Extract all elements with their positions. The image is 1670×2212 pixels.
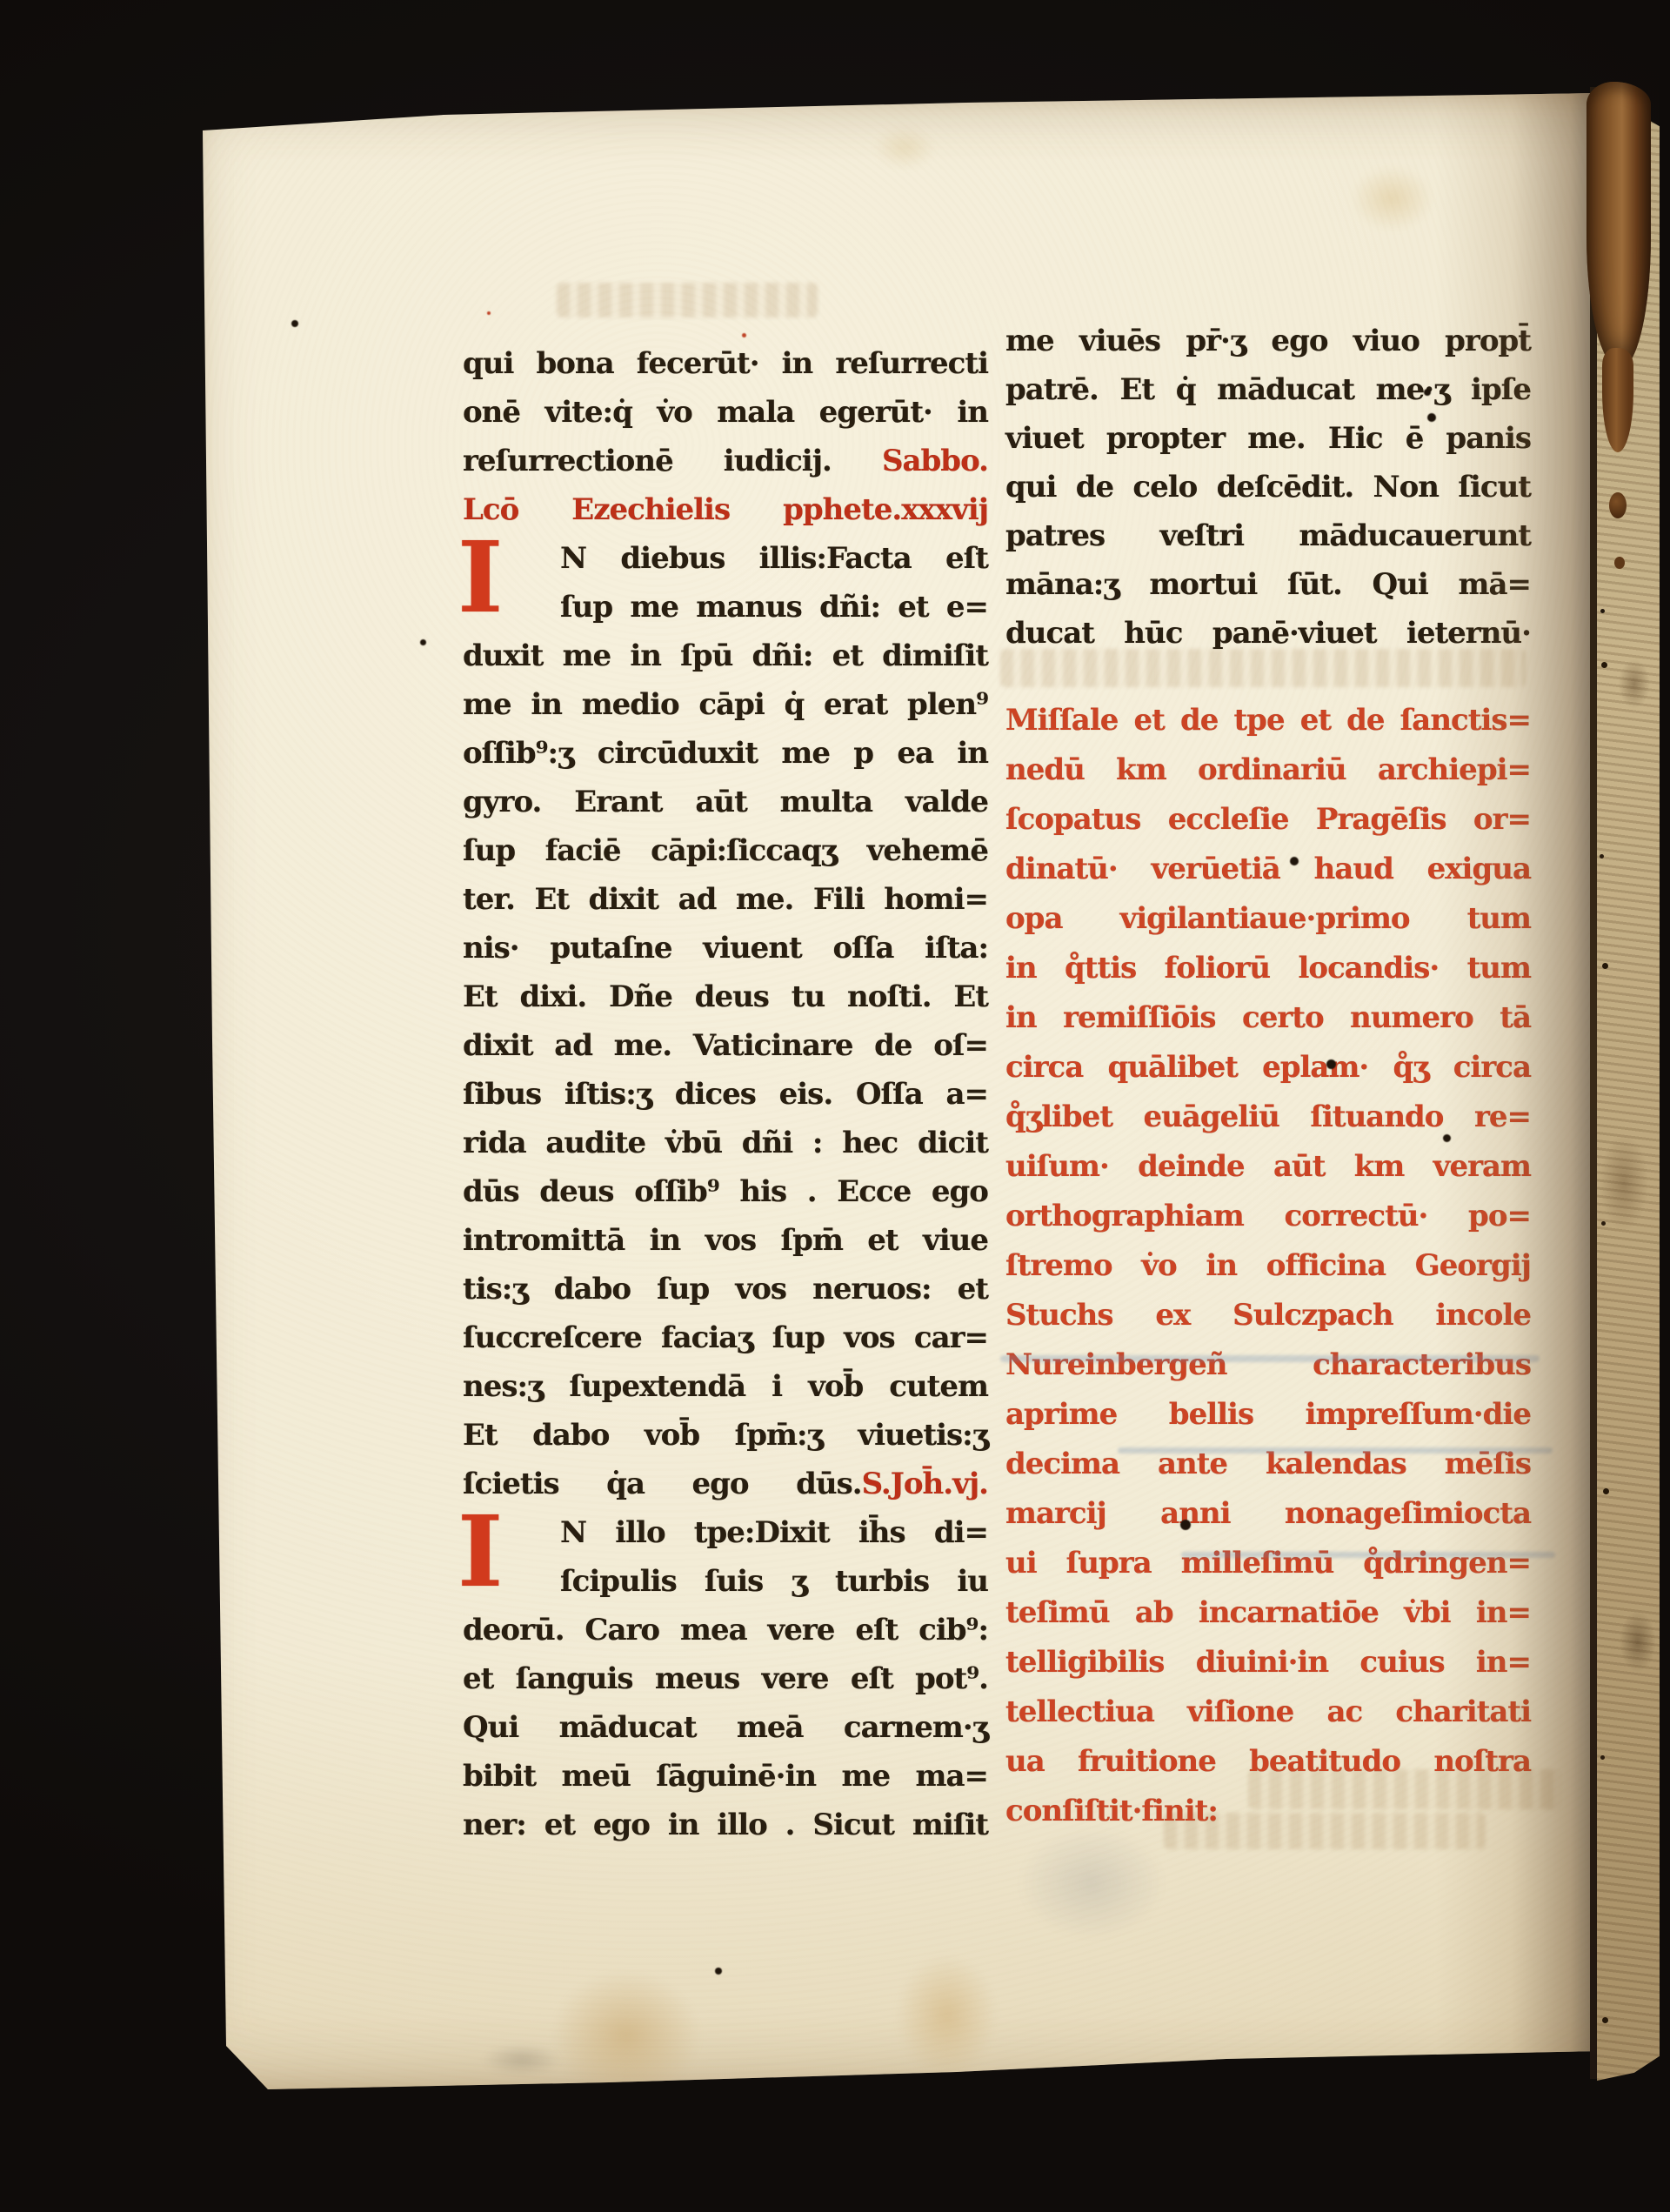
text-line: ſup me manus dñi: et e= bbox=[463, 583, 988, 632]
text-segment: N illo tpe:Dixit ih̄s di= bbox=[560, 1515, 988, 1550]
text-line: bibit meū ſāguinē·in me ma= bbox=[463, 1752, 988, 1801]
text-line: oſſib⁹:ʒ circūduxit me p ea in bbox=[463, 729, 988, 778]
text-segment: rida audite v̇bū dñi : hec dicit bbox=[463, 1126, 988, 1160]
text-line: IN diebus illis:Facta eſt bbox=[463, 534, 988, 583]
text-segment: oſſib⁹:ʒ circūduxit me p ea in bbox=[463, 736, 988, 771]
text-segment: me in medio cāpi q̇ erat plen⁹ bbox=[463, 687, 988, 722]
leather-tab-drip bbox=[1609, 492, 1627, 518]
text-segment: duxit me in ſpū dñi: et dimiſit bbox=[463, 638, 988, 673]
ink-speck bbox=[1290, 857, 1299, 865]
text-segment: ſcipulis ſuis ʒ turbis iu bbox=[560, 1564, 988, 1599]
photograph-background: qui bona fecerūt· in reſurrectionē vite:… bbox=[0, 0, 1670, 2212]
manuscript-page: qui bona fecerūt· in reſurrectionē vite:… bbox=[183, 84, 1665, 2095]
text-segment: N diebus illis:Facta eſt bbox=[560, 541, 988, 576]
text-segment: Sabbo. bbox=[882, 444, 988, 478]
text-segment: ſuccreſcere faciaʒ ſup vos car= bbox=[463, 1320, 988, 1355]
text-segment: deorū. Caro mea vere eſt cib⁹: bbox=[463, 1613, 988, 1647]
text-line: dixit ad me. Vaticinare de oſ= bbox=[463, 1021, 988, 1070]
ink-speck bbox=[1180, 1520, 1191, 1530]
text-line: Qui māducat meā carnem·ʒ bbox=[463, 1703, 988, 1752]
stain bbox=[552, 1970, 700, 2101]
text-segment: Et dixi. Dñe deus tu noſti. Et bbox=[463, 979, 988, 1014]
text-segment: ter. Et dixit ad me. Fili homi= bbox=[463, 882, 988, 917]
text-segment: S.Joh̄.vj. bbox=[862, 1467, 988, 1501]
text-line: ſup faciē cāpi:ſiccaqʒ vehemē bbox=[463, 826, 988, 875]
text-line: me in medio cāpi q̇ erat plen⁹ bbox=[463, 680, 988, 729]
red-fleck bbox=[487, 311, 491, 315]
ink-speck bbox=[1424, 389, 1431, 396]
text-segment: et ſanguis meus vere eſt pot⁹. bbox=[463, 1661, 988, 1696]
stain bbox=[874, 126, 935, 170]
ink-speck bbox=[1326, 1059, 1336, 1069]
text-line: ſcipulis ſuis ʒ turbis iu bbox=[463, 1557, 988, 1606]
text-line: Lcō Ezechielis pphete.xxxvij bbox=[463, 485, 988, 534]
text-segment: dūs deus oſſib⁹ his . Ecce ego bbox=[463, 1174, 988, 1209]
text-segment: gyro. Erant aūt multa valde bbox=[463, 785, 988, 819]
text-segment: onē vite:q̇ v̇o mala egerūt· in bbox=[463, 395, 988, 430]
ghost-impression bbox=[557, 283, 818, 317]
text-segment: Et dabo vob̄ ſpm̄:ʒ viuetis:ʒ bbox=[463, 1418, 988, 1453]
text-line: intromittā in vos ſpm̄ et viue bbox=[463, 1216, 988, 1265]
text-segment: conſiſtit·finit: bbox=[1005, 1794, 1218, 1828]
text-line: rida audite v̇bū dñi : hec dicit bbox=[463, 1119, 988, 1167]
text-line: nis· putaſne viuent oſſa iſta: bbox=[463, 924, 988, 972]
stain bbox=[897, 1955, 997, 2076]
text-line: et ſanguis meus vere eſt pot⁹. bbox=[463, 1654, 988, 1703]
text-line: IN illo tpe:Dixit ih̄s di= bbox=[463, 1508, 988, 1557]
text-segment: dixit ad me. Vaticinare de oſ= bbox=[463, 1028, 988, 1063]
text-segment: ſup faciē cāpi:ſiccaqʒ vehemē bbox=[463, 833, 988, 868]
ink-speck bbox=[715, 1968, 722, 1975]
smudge bbox=[483, 2044, 561, 2075]
text-line: ſuccreſcere faciaʒ ſup vos car= bbox=[463, 1313, 988, 1362]
text-segment: ſcietis q̇a ego dūs. bbox=[463, 1467, 862, 1501]
stain bbox=[1351, 166, 1433, 231]
text-line: dūs deus oſſib⁹ his . Ecce ego bbox=[463, 1167, 988, 1216]
leather-index-tab bbox=[1586, 82, 1651, 369]
gutter-shadow bbox=[1435, 84, 1605, 2095]
text-segment: ſup me manus dñi: et e= bbox=[560, 590, 988, 625]
text-line: ſcietis q̇a ego dūs.S.Joh̄.vj. bbox=[463, 1460, 988, 1508]
text-line: ner: et ego in illo . Sicut miſit bbox=[463, 1801, 988, 1849]
ink-speck bbox=[420, 639, 426, 645]
ink-smudge bbox=[1018, 1827, 1166, 1940]
text-line: ſibus iſtis:ʒ dices eis. Oſſa a= bbox=[463, 1070, 988, 1119]
text-line: Et dabo vob̄ ſpm̄:ʒ viuetis:ʒ bbox=[463, 1411, 988, 1460]
text-line: reſurrectionē iudicij. Sabbo. bbox=[463, 437, 988, 485]
text-segment: nis· putaſne viuent oſſa iſta: bbox=[463, 931, 988, 966]
ink-speck bbox=[291, 320, 298, 327]
text-line: deorū. Caro mea vere eſt cib⁹: bbox=[463, 1606, 988, 1654]
text-line: ter. Et dixit ad me. Fili homi= bbox=[463, 875, 988, 924]
text-line: nes:ʒ ſupextendā i vob̄ cutem bbox=[463, 1362, 988, 1411]
leather-tab-dot bbox=[1614, 557, 1625, 569]
text-segment: ner: et ego in illo . Sicut miſit bbox=[463, 1808, 988, 1842]
text-line: tis:ʒ dabo ſup vos neruos: et bbox=[463, 1265, 988, 1313]
text-segment: intromittā in vos ſpm̄ et viue bbox=[463, 1223, 988, 1258]
text-line: Et dixi. Dñe deus tu noſti. Et bbox=[463, 972, 988, 1021]
text-segment: ſibus iſtis:ʒ dices eis. Oſſa a= bbox=[463, 1077, 988, 1112]
text-line: gyro. Erant aūt multa valde bbox=[463, 778, 988, 826]
photo-edge bbox=[1660, 0, 1670, 2212]
text-line: duxit me in ſpū dñi: et dimiſit bbox=[463, 632, 988, 680]
text-segment: tis:ʒ dabo ſup vos neruos: et bbox=[463, 1272, 988, 1306]
text-segment: Qui māducat meā carnem·ʒ bbox=[463, 1710, 988, 1745]
text-segment: reſurrectionē iudicij. bbox=[463, 444, 882, 478]
left-text-column: qui bona fecerūt· in reſurrectionē vite:… bbox=[463, 339, 988, 1849]
text-segment: bibit meū ſāguinē·in me ma= bbox=[463, 1759, 988, 1794]
text-line: onē vite:q̇ v̇o mala egerūt· in bbox=[463, 388, 988, 437]
red-fleck bbox=[742, 333, 746, 337]
text-segment: nes:ʒ ſupextendā i vob̄ cutem bbox=[463, 1369, 988, 1404]
text-segment: qui bona fecerūt· in reſurrecti bbox=[463, 346, 988, 381]
edge-ink-specks bbox=[1600, 609, 1605, 613]
text-segment: Lcō Ezechielis pphete.xxxvij bbox=[463, 492, 988, 527]
text-line: qui bona fecerūt· in reſurrecti bbox=[463, 339, 988, 388]
